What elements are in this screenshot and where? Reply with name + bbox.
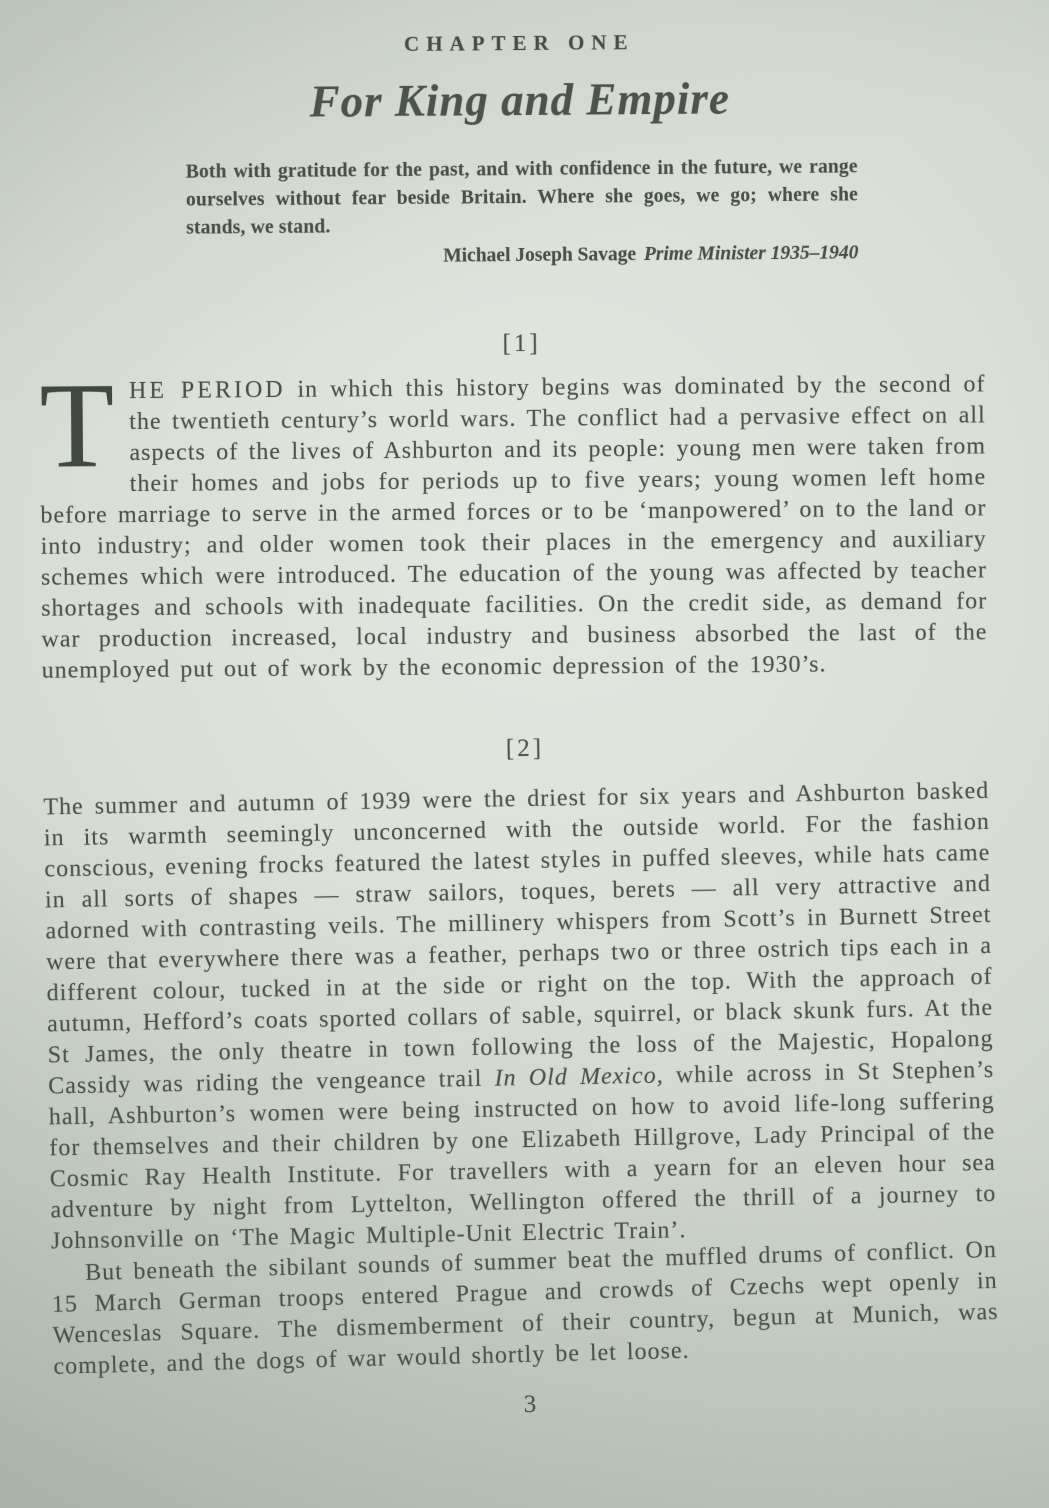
book-page-photo: CHAPTER ONE For King and Empire Both wit… [0,0,1049,1508]
epigraph: Both with gratitude for the past, and wi… [0,152,1046,274]
section-2-paragraph-2: But beneath the sibilant sounds of summe… [51,1235,1000,1383]
section-2-paragraph-1: The summer and autumn of 1939 were the d… [43,776,997,1257]
attribution-role: Prime Minister 1935–1940 [644,242,859,265]
section-2-marker: [2] [0,724,1049,773]
epigraph-attribution: Michael Joseph SavagePrime Minister 1935… [186,239,858,272]
drop-cap-letter: T [39,379,115,474]
section-1-paragraph-text: HE PERIOD in which this history begins w… [40,371,987,683]
epigraph-text: Both with gratitude for the past, and wi… [186,153,859,242]
chapter-label: CHAPTER ONE [0,26,1044,60]
attribution-name: Michael Joseph Savage [443,244,636,267]
section-2: [2] The summer and autumn of 1939 were t… [0,724,1049,1382]
section-1-paragraph: THE PERIOD in which this history begins … [39,369,987,686]
page-content: CHAPTER ONE For King and Empire Both wit… [0,0,1049,1424]
section-1-marker: [1] [0,324,1046,363]
page-number: 3 [5,1385,1049,1424]
chapter-title: For King and Empire [0,70,1044,130]
